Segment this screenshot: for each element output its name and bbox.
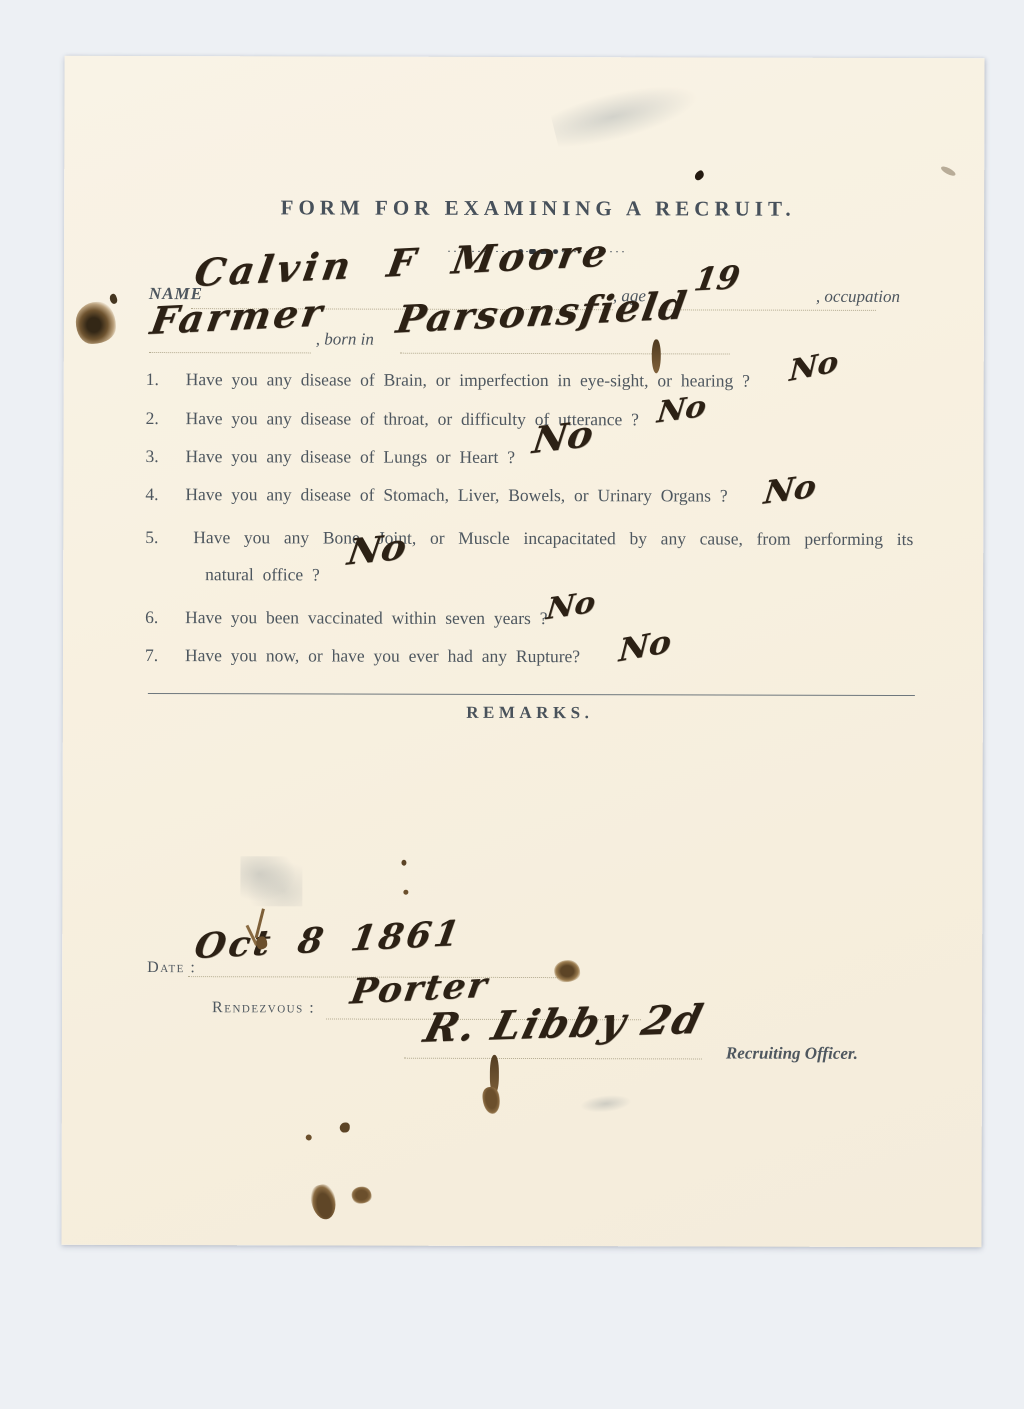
date-label: Date : — [147, 959, 196, 977]
question-row-3: 3.Have you any disease of Lungs or Heart… — [145, 446, 515, 468]
answer-handwriting-7: No — [618, 625, 672, 666]
rendezvous-label: Rendezvous : — [212, 999, 315, 1017]
recruiting-officer-label: Recruiting Officer. — [726, 1044, 858, 1064]
question-text-continued: natural office ? — [205, 564, 320, 584]
question-row-7: 7.Have you now, or have you ever had any… — [145, 645, 580, 667]
born-in-label: , born in — [316, 329, 374, 349]
occupation-value-handwriting: Farmer — [148, 294, 328, 340]
dotted-underline — [404, 1058, 702, 1060]
answer-handwriting-3: No — [531, 415, 596, 459]
signature-handwriting: R. Libby 2d — [420, 1000, 708, 1049]
question-row-4: 4.Have you any disease of Stomach, Liver… — [145, 484, 727, 507]
pencil-smudge — [579, 1093, 632, 1115]
ink-stain — [76, 302, 116, 344]
question-number: 4. — [145, 484, 185, 505]
answer-handwriting-1: No — [789, 348, 839, 387]
question-number: 7. — [145, 645, 185, 666]
ink-drip-tail — [481, 1086, 502, 1115]
answer-handwriting-4: No — [762, 470, 817, 509]
ink-mark — [693, 169, 706, 181]
question-text: Have you been vaccinated within seven ye… — [185, 607, 547, 628]
question-text: Have you any Bone, Joint, or Muscle inca… — [193, 527, 913, 550]
dotted-underline — [400, 353, 730, 355]
answer-handwriting-2: No — [656, 392, 708, 428]
ink-stain — [352, 1187, 372, 1204]
question-number: 5. — [145, 527, 158, 548]
question-text: Have you any disease of Lungs or Heart ? — [185, 446, 515, 467]
occupation-label: , occupation — [816, 287, 900, 307]
ink-dot — [403, 890, 408, 895]
dotted-underline — [149, 352, 311, 353]
ink-dot — [340, 1123, 350, 1133]
name-value-handwriting: Calvin F Moore — [192, 234, 614, 292]
remarks-heading: REMARKS. — [63, 702, 983, 724]
ink-dot — [306, 1134, 312, 1140]
ink-drip — [490, 1055, 499, 1093]
question-number: 6. — [145, 607, 185, 628]
question-row-5: 5.Have you any Bone, Joint, or Muscle in… — [145, 527, 913, 550]
question-number: 2. — [146, 408, 186, 429]
question-row-1: 1.Have you any disease of Brain, or impe… — [146, 369, 750, 392]
born-in-value-handwriting: Parsonsfield — [394, 286, 691, 338]
scanned-document-photo: { "document": { "title": "FORM FOR EXAMI… — [0, 0, 1024, 1409]
scuff-smudge — [549, 72, 706, 155]
ink-drip — [652, 339, 661, 373]
question-text: Have you any disease of Stomach, Liver, … — [185, 484, 727, 505]
question-number: 1. — [146, 369, 186, 390]
page-title: FORM FOR EXAMINING A RECRUIT. — [64, 195, 984, 222]
answer-handwriting-6: No — [545, 588, 596, 625]
age-value-handwriting: 19 — [692, 261, 742, 295]
date-value-handwriting: Oct 8 1861 — [192, 916, 464, 964]
remarks-divider-rule — [148, 693, 915, 696]
question-row-5-line2: natural office ? — [205, 564, 320, 585]
pencil-smudge — [240, 856, 302, 906]
ink-stain — [554, 960, 580, 982]
question-row-6: 6.Have you been vaccinated within seven … — [145, 607, 547, 629]
ink-stain — [108, 293, 118, 305]
pencil-mark — [940, 165, 957, 178]
document-paper: FORM FOR EXAMINING A RECRUIT. NAME Calvi… — [61, 56, 984, 1247]
question-number: 3. — [145, 446, 185, 467]
ink-stain — [308, 1182, 339, 1221]
question-text: Have you any disease of Brain, or imperf… — [186, 369, 750, 390]
answer-handwriting-5: No — [345, 529, 408, 571]
dotted-underline — [658, 309, 876, 311]
ink-dot — [401, 860, 406, 866]
question-text: Have you now, or have you ever had any R… — [185, 645, 580, 666]
